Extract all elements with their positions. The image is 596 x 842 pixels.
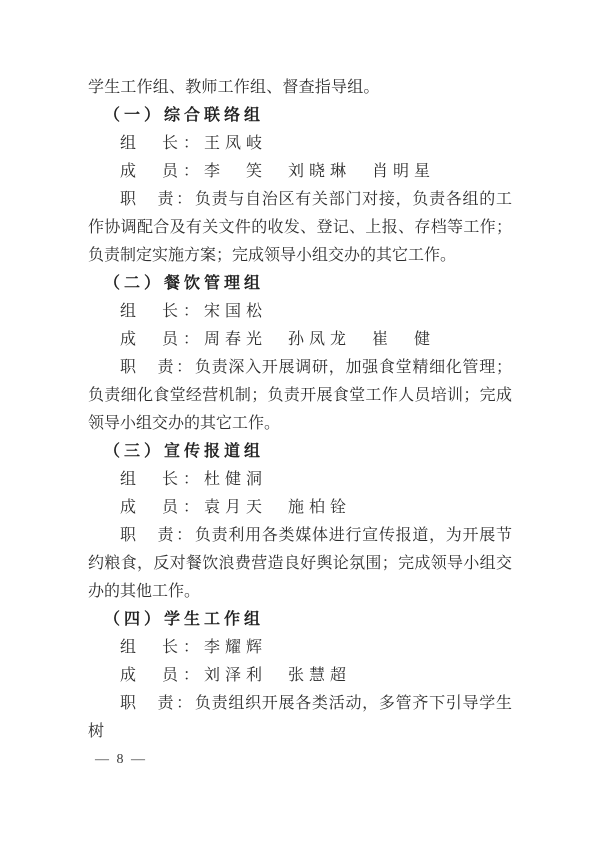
leader-line: 组 长：宋国松 (88, 298, 512, 326)
members-label: 成 员： (120, 499, 204, 516)
members-line: 成 员：袁月天 施柏铨 (88, 494, 512, 522)
duty-paragraph: 职 责：负责利用各类媒体进行宣传报道，为开展节约粮食，反对餐饮浪费营造良好舆论氛… (88, 522, 512, 606)
document-page: 学生工作组、教师工作组、督查指导组。 （一）综合联络组 组 长：王凤岐 成 员：… (0, 0, 596, 842)
work-group-section-1: （一）综合联络组 组 长：王凤岐 成 员：李 笑 刘晓琳 肖明星 职 责：负责与… (88, 102, 512, 270)
members-names: 刘泽利 张慧超 (204, 667, 351, 684)
leader-line: 组 长：杜健洞 (88, 466, 512, 494)
leader-name: 宋国松 (204, 303, 267, 320)
work-group-section-4: （四）学生工作组 组 长：李耀辉 成 员：刘泽利 张慧超 职 责：负责组织开展各… (88, 606, 512, 746)
duty-label: 职 责： (120, 191, 195, 208)
leader-name: 李耀辉 (204, 639, 267, 656)
leader-label: 组 长： (120, 471, 204, 488)
section-heading: （三）宣传报道组 (88, 438, 512, 466)
leader-line: 组 长：李耀辉 (88, 634, 512, 662)
members-line: 成 员：刘泽利 张慧超 (88, 662, 512, 690)
leader-label: 组 长： (120, 135, 204, 152)
members-line: 成 员：李 笑 刘晓琳 肖明星 (88, 158, 512, 186)
members-label: 成 员： (120, 331, 204, 348)
intro-paragraph: 学生工作组、教师工作组、督查指导组。 (88, 74, 512, 102)
members-names: 袁月天 施柏铨 (204, 499, 351, 516)
duty-label: 职 责： (120, 695, 195, 712)
section-heading: （一）综合联络组 (88, 102, 512, 130)
work-group-section-3: （三）宣传报道组 组 长：杜健洞 成 员：袁月天 施柏铨 职 责：负责利用各类媒… (88, 438, 512, 606)
leader-name: 王凤岐 (204, 135, 267, 152)
leader-name: 杜健洞 (204, 471, 267, 488)
leader-label: 组 长： (120, 303, 204, 320)
work-group-section-2: （二）餐饮管理组 组 长：宋国松 成 员：周春光 孙凤龙 崔 健 职 责：负责深… (88, 270, 512, 438)
leader-line: 组 长：王凤岐 (88, 130, 512, 158)
members-label: 成 员： (120, 667, 204, 684)
members-names: 周春光 孙凤龙 崔 健 (204, 331, 435, 348)
duty-label: 职 责： (120, 359, 195, 376)
duty-paragraph: 职 责：负责深入开展调研，加强食堂精细化管理；负责细化食堂经营机制；负责开展食堂… (88, 354, 512, 438)
page-number: — 8 — (88, 746, 512, 774)
section-heading: （四）学生工作组 (88, 606, 512, 634)
duty-paragraph: 职 责：负责与自治区有关部门对接，负责各组的工作协调配合及有关文件的收发、登记、… (88, 186, 512, 270)
duty-paragraph: 职 责：负责组织开展各类活动，多管齐下引导学生树 (88, 690, 512, 746)
duty-label: 职 责： (120, 527, 195, 544)
members-names: 李 笑 刘晓琳 肖明星 (204, 163, 435, 180)
leader-label: 组 长： (120, 639, 204, 656)
section-heading: （二）餐饮管理组 (88, 270, 512, 298)
members-label: 成 员： (120, 163, 204, 180)
page-content: 学生工作组、教师工作组、督查指导组。 （一）综合联络组 组 长：王凤岐 成 员：… (0, 0, 596, 774)
members-line: 成 员：周春光 孙凤龙 崔 健 (88, 326, 512, 354)
